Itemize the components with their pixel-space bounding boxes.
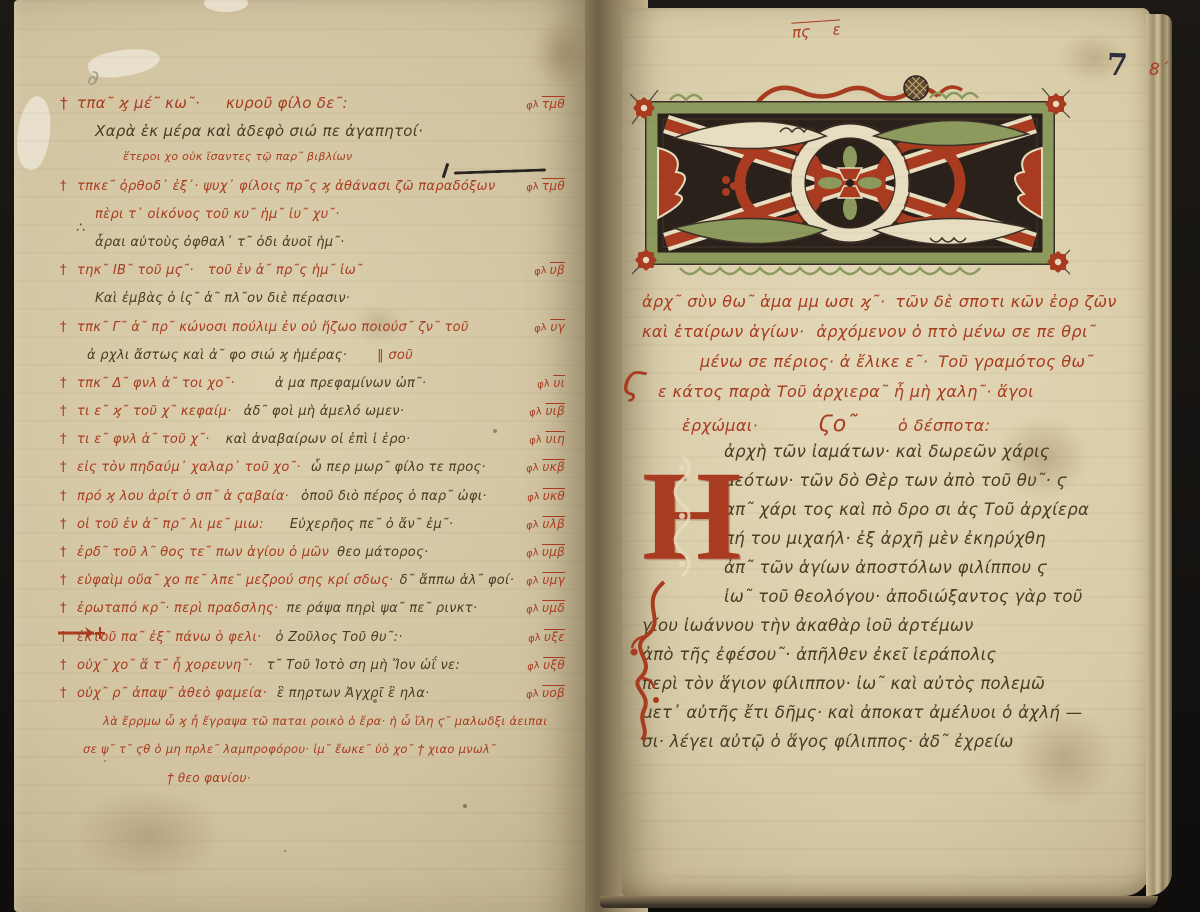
folio-numeral: υξθ: [543, 658, 565, 672]
text-segment: τπκ῀ Δ῀ φνλ ἁ῀ τοι χο῀·: [77, 376, 235, 391]
body-text-line: περὶ τὸν ἅγιον φίλιππον· ἰω῀ καὶ αὐτὸς π…: [642, 674, 1140, 703]
toc-entry: † τι ε῀ ϗ῀ τοῦ χ῀ κεφαίμ·ἀδ῀ φοὶ μὴ ἀμελ…: [60, 404, 565, 432]
toc-entry: λὰ ἔρρμω ὦ ϗ ἦ ἔγραψα τῶ παται ροικὸ ὁ ἔ…: [60, 714, 565, 742]
folio-prefix: φλ: [525, 575, 540, 588]
entry-text: τι ε῀ ϗ῀ τοῦ χ῀ κεφαίμ·ἀδ῀ φοὶ μὴ ἀμελό …: [77, 404, 404, 419]
folio-prefix: φλ: [525, 181, 540, 194]
folio-reference: φλυλβ: [518, 517, 565, 531]
cross-mark: †: [60, 601, 77, 616]
text-segment: ὁποῦ διὸ πέρος ὁ παρ῀ ὠφι·: [301, 489, 487, 504]
text-segment: ἓ πηρτων Ἀγχρῖ ἒ ηλα·: [277, 686, 430, 701]
folio-reference: φλυκθ: [519, 489, 565, 503]
text-segment: ἀδ῀ φοὶ μὴ ἀμελό ωμεν·: [244, 404, 405, 419]
cross-mark: †: [60, 263, 77, 278]
cross-mark: †: [60, 489, 77, 504]
cross-mark: †: [60, 517, 77, 532]
entry-text: Καὶ ἐμβὰς ὁ ἰς῀ ἁ῀ πλ῀ον διὲ πέρασιν·: [95, 291, 350, 306]
text-segment: οἱ τοῦ ἐν ἁ῀ πρ῀ λι με῀ μιω:: [77, 517, 264, 532]
folio-reference: φλυξε: [520, 630, 565, 644]
folio-prefix: φλ: [526, 491, 541, 504]
cross-mark: †: [60, 320, 77, 335]
toc-entry: † τπκ῀ Δ῀ φνλ ἁ῀ τοι χο῀·ἀ μα πρεφαμίνων…: [60, 376, 565, 404]
text-segment: σε ψ῀ τ῀ ϛθ ὁ μη πρλε῀ λαμπροφόρου· ἰμ῀ …: [83, 742, 496, 756]
entry-text: πρό ϗ λου ἀρίτ ὁ σπ῀ ἁ ϛαβαία·ὁποῦ διὸ π…: [77, 489, 487, 504]
text-segment: τι ε῀ ϗ῀ τοῦ χ῀ κεφαίμ·: [77, 404, 232, 419]
initial-letter: Η: [642, 442, 718, 590]
text-segment: ἐρωταπό κρ῀· περὶ πραδσλης·: [77, 601, 278, 616]
illuminated-initial: Η: [642, 442, 718, 592]
text-segment: εὐφαὶμ οὔα῀ χο πε῀ λπε῀ μεζρού σης κρί σ…: [77, 573, 394, 588]
text-segment: ‖ σοῦ: [377, 348, 413, 363]
entry-text: τπκ῀ Δ῀ φνλ ἁ῀ τοι χο῀·ἀ μα πρεφαμίνων ὠ…: [77, 376, 426, 391]
toc-entry: † τηκ῀ ΙΒ῀ τοῦ μϛ῀·τοῦ ἐν ἁ῀ πρ῀ς ἡμ῀ ἰω…: [60, 263, 565, 291]
cross-mark: †: [60, 460, 77, 475]
text-segment: τπα῀ ϗ μέ῀ κω῀·: [77, 94, 200, 112]
page-edge-stack: [1146, 14, 1172, 896]
text-segment: Χαρὰ ἑκ μέρα καὶ ἀδεφὸ σιώ πε ἀγαπητοί·: [95, 122, 423, 140]
text-segment: πὲρι τ᾿ οἰκόνος τοῦ κυ῀ ἡμ῀ ἰυ῀ χυ῀·: [95, 207, 340, 222]
toc-entry: † οὐχ῀ χο῀ ἅ τ῀ ἦ χορευνη῀·τ῀ Τοῦ Ἰοτὸ σ…: [60, 658, 565, 686]
toc-entry: † ἐκτοῦ πα῀ ἐξ῀ πάνω ὁ φελι·ὁ Ζοῦλος Τοῦ…: [60, 630, 565, 658]
text-segment: ἐρχώμαι·: [682, 416, 758, 435]
headpiece-ornament: [630, 72, 1070, 284]
text-segment: κυροῦ φίλο δε῀:: [226, 94, 348, 112]
folio-reference: φλυξθ: [519, 658, 565, 672]
entry-text: ἐρωταπό κρ῀· περὶ πραδσλης·πε ράψα πηρὶ …: [77, 601, 477, 616]
folio-numeral: υξε: [544, 630, 565, 644]
toc-entry: † πρό ϗ λου ἀρίτ ὁ σπ῀ ἁ ϛαβαία·ὁποῦ διὸ…: [60, 489, 565, 517]
text-segment: ἀ μα πρεφαμίνων ὠπ῀·: [275, 376, 426, 391]
folio-prefix: φλ: [533, 265, 548, 278]
repair-patch: [12, 94, 55, 172]
text-segment: τ῀ Τοῦ Ἰοτὸ ση μὴ Ἴον ὠΐ νε:: [267, 658, 460, 673]
folio-prefix: φλ: [525, 688, 540, 701]
folio-prefix: φλ: [525, 603, 540, 616]
folio-prefix: φλ: [536, 378, 551, 391]
toc-entry: † ἐρωταπό κρ῀· περὶ πραδσλης·πε ράψα πηρ…: [60, 601, 565, 629]
cross-mark: †: [60, 630, 77, 645]
folio-reference: φλυγ: [526, 320, 565, 334]
cross-mark: †: [60, 404, 77, 419]
entry-text: ἐρδ῀ τοῦ λ῀ θος τε῀ πων ἁγίου ὁ μῶνθεο μ…: [77, 545, 428, 560]
toc-entry: † τι ε῀ φνλ ἁ῀ τοῦ χ῀·καὶ ἀναβαίρων οἱ ἐ…: [60, 432, 565, 460]
text-segment: Ϛο῀: [818, 412, 858, 437]
text-segment: ε κάτος παρὰ Τοῦ ἀρχιερα῀ ἦ μὴ χαλη῀· ἅγ…: [658, 382, 1034, 401]
repair-patch: [204, 0, 248, 12]
text-segment: τι ε῀ φνλ ἁ῀ τοῦ χ῀·: [77, 432, 210, 447]
body-text-line: ἀπὸ τῆς ἐφέσου῀· ἀπῆλθεν ἐκεῖ ἱεράπολις: [642, 645, 1140, 674]
text-segment: λὰ ἔρρμω ὦ ϗ ἦ ἔγραψα τῶ παται ροικὸ ὁ ἔ…: [103, 714, 547, 728]
rubric-line: καὶ ἑταίρων ἁγίων·ἀρχόμενον ὁ πτὸ μένω σ…: [642, 322, 1138, 352]
entry-text: οἱ τοῦ ἐν ἁ῀ πρ῀ λι με῀ μιω:Εὐχερῆος πε῀…: [77, 517, 453, 532]
entry-text: οὐχ῀ χο῀ ἅ τ῀ ἦ χορευνη῀·τ῀ Τοῦ Ἰοτὸ ση …: [77, 658, 460, 673]
text-segment: ἐρδ῀ τοῦ λ῀ θος τε῀ πων ἁγίου ὁ μῶν: [77, 545, 329, 560]
cross-mark: †: [60, 94, 77, 112]
rubric-line: ἀρχ῀ σὺν θω῀ ἁμα μμ ωσι ϗ῀·τῶν δὲ σποτι …: [642, 292, 1138, 322]
entry-text: εὐφαὶμ οὔα῀ χο πε῀ λπε῀ μεζρού σης κρί σ…: [77, 573, 514, 588]
quire-mark: πϛ ε: [791, 20, 841, 41]
toc-entry: πὲρι τ᾿ οἰκόνος τοῦ κυ῀ ἡμ῀ ἰυ῀ χυ῀·: [60, 207, 565, 235]
folio-numeral: υμδ: [542, 601, 565, 615]
text-segment: ἀρχόμενον ὁ πτὸ μένω σε πε θρι῀: [816, 322, 1096, 341]
body-text-line: γίου ἰωάννου τὴν ἀκαθὰρ ἱοῦ ἀρτέμων: [642, 616, 1140, 645]
folio-prefix: φλ: [525, 519, 540, 532]
folio-reference: φλυμγ: [518, 573, 565, 587]
text-segment: καὶ ἑταίρων ἁγίων·: [642, 322, 804, 341]
text-segment: τπκε῀ ὀρθοδ᾿ ἐξ᾿· ψυχ᾿ φίλοις πρ῀ς ϗ ἀθά…: [77, 179, 495, 194]
entry-text: τπκε῀ ὀρθοδ᾿ ἐξ᾿· ψυχ᾿ φίλοις πρ῀ς ϗ ἀθά…: [77, 179, 495, 194]
folio-numeral: υκβ: [542, 460, 565, 474]
entry-text: ἐκτοῦ πα῀ ἐξ῀ πάνω ὁ φελι·ὁ Ζοῦλος Τοῦ θ…: [77, 630, 403, 645]
text-segment: τῶν δὲ σποτι κῶν ἑορ ζῶν: [895, 292, 1116, 311]
entry-text: τπκ῀ Γ῀ ἁ῀ πρ῀ κώνοσι πούλιμ ἐν οὐ ἤζωο …: [77, 320, 469, 335]
cross-mark: †: [60, 432, 77, 447]
entry-text: ἀ ρχλι ἄστως καὶ ἀ῀ φο σιώ ϗ ἡμέρας·‖ σο…: [87, 348, 413, 363]
initial-tail-flourish: [628, 582, 674, 742]
book-bottom-edge: [600, 896, 1158, 908]
folio-numeral: υοβ: [542, 686, 565, 700]
entry-text: Χαρὰ ἑκ μέρα καὶ ἀδεφὸ σιώ πε ἀγαπητοί·: [95, 122, 423, 140]
text-segment: εἰς τὸν πηδαύμ᾿ χαλαρ᾿ τοῦ χο῀·: [77, 460, 301, 475]
entry-text: οὐχ῀ ρ῀ ἀπαψ῀ ἀθεὸ φαμεία·ἓ πηρτων Ἀγχρῖ…: [77, 686, 430, 701]
bottom-scallops: [680, 268, 980, 274]
toc-entry: σε ψ῀ τ῀ ϛθ ὁ μη πρλε῀ λαμπροφόρου· ἰμ῀ …: [60, 742, 565, 770]
body-text-block: Η ἀρχὴ τῶν ἰαμάτων· καὶ δωρεῶν χάριςμεότ…: [642, 442, 1140, 761]
toc-entry: † εὐφαὶμ οὔα῀ χο πε῀ λπε῀ μεζρού σης κρί…: [60, 573, 565, 601]
folio-numeral: υκθ: [543, 489, 565, 503]
toc-entry: † οἱ τοῦ ἐν ἁ῀ πρ῀ λι με῀ μιω:Εὐχερῆος π…: [60, 517, 565, 545]
toc-entry: † εἰς τὸν πηδαύμ᾿ χαλαρ᾿ τοῦ χο῀·ὦ περ μ…: [60, 460, 565, 488]
text-segment: οὐχ῀ ρ῀ ἀπαψ῀ ἀθεὸ φαμεία·: [77, 686, 267, 701]
cross-mark: †: [60, 686, 77, 701]
toc-rows: † τπα῀ ϗ μέ῀ κω῀·κυροῦ φίλο δε῀: φλτμθ Χ…: [60, 94, 565, 799]
text-segment: ἕτεροι χο οὐκ ἴσαντες τῷ παρ῀ βιβλίων: [123, 150, 353, 163]
folio-reference: φλυμδ: [518, 601, 565, 615]
entry-text: πὲρι τ᾿ οἰκόνος τοῦ κυ῀ ἡμ῀ ἰυ῀ χυ῀·: [95, 207, 340, 222]
toc-entry: † τπα῀ ϗ μέ῀ κω῀·κυροῦ φίλο δε῀: φλτμθ: [60, 94, 565, 122]
text-segment: τηκ῀ ΙΒ῀ τοῦ μϛ῀·: [77, 263, 194, 278]
toc-entry: † οὐχ῀ ρ῀ ἀπαψ῀ ἀθεὸ φαμεία·ἓ πηρτων Ἀγχ…: [60, 686, 565, 714]
text-segment: καὶ ἀναβαίρων οἱ ἐπὶ ἱ ἑρο·: [226, 432, 411, 447]
folio-prefix: φλ: [529, 434, 544, 447]
cross-mark: †: [60, 658, 77, 673]
folio-prefix: φλ: [528, 406, 543, 419]
folio-prefix: φλ: [533, 321, 548, 334]
text-segment: θεο μάτορος·: [337, 545, 428, 560]
text-segment: ὁ δέσποτα:: [898, 416, 990, 435]
folio-prefix: φλ: [525, 547, 540, 560]
folio-reference: φλυιβ: [521, 404, 565, 418]
rubric-line: μένω σε πέριος· ἀ ἔλικε ε῀·Τοῦ γραμότος …: [642, 352, 1138, 382]
folio-numeral: υγ: [550, 320, 565, 334]
text-segment: οὐχ῀ χο῀ ἅ τ῀ ἦ χορευνη῀·: [77, 658, 253, 673]
folio-reference: φλυιη: [521, 432, 565, 446]
entry-text: ἕτεροι χο οὐκ ἴσαντες τῷ παρ῀ βιβλίων: [123, 150, 353, 163]
folio-reference: φλτμθ: [518, 97, 565, 111]
text-segment: ἀρχ῀ σὺν θω῀ ἁμα μμ ωσι ϗ῀·: [642, 292, 885, 311]
text-segment: τπκ῀ Γ῀ ἁ῀ πρ῀ κώνοσι πούλιμ ἐν οὐ ἤζωο …: [77, 320, 469, 335]
entry-text: ϯ θεο φανίου·: [167, 771, 251, 785]
folio-number: 7: [1107, 48, 1129, 84]
folio-reference: φλυμβ: [518, 545, 565, 559]
text-segment: ἆραι αὐτοὺς ὀφθαλ᾿ τ῀ ὁδι ἀυοῖ ἡμ῀·: [95, 235, 345, 250]
text-segment: ὦ περ μωρ῀ φίλο τε προς·: [311, 460, 486, 475]
text-segment: Εὐχερῆος πε῀ ὁ ἄν῀ ἐμ῀·: [290, 517, 454, 532]
folio-reference: φλτμθ: [518, 179, 565, 193]
toc-entry: † τπκ῀ Γ῀ ἁ῀ πρ῀ κώνοσι πούλιμ ἐν οὐ ἤζω…: [60, 320, 565, 348]
text-segment: πρό ϗ λου ἀρίτ ὁ σπ῀ ἁ ϛαβαία·: [77, 489, 289, 504]
rubric-block: ἀρχ῀ σὺν θω῀ ἁμα μμ ωσι ϗ῀·τῶν δὲ σποτι …: [642, 292, 1138, 442]
text-segment: πε ράψα πηρὶ ψα῀ πε῀ ρινκτ·: [286, 601, 477, 616]
text-segment: ἀ ρχλι ἄστως καὶ ἀ῀ φο σιώ ϗ ἡμέρας·: [87, 348, 347, 363]
folio-numeral: υιβ: [545, 404, 565, 418]
folio-prefix: φλ: [525, 99, 540, 112]
toc-entry: Χαρὰ ἑκ μέρα καὶ ἀδεφὸ σιώ πε ἀγαπητοί·: [60, 122, 565, 150]
entry-text: σε ψ῀ τ῀ ϛθ ὁ μη πρλε῀ λαμπροφόρου· ἰμ῀ …: [83, 742, 496, 756]
entry-text: τπα῀ ϗ μέ῀ κω῀·κυροῦ φίλο δε῀:: [77, 94, 348, 112]
entry-text: τηκ῀ ΙΒ῀ τοῦ μϛ῀·τοῦ ἐν ἁ῀ πρ῀ς ἡμ῀ ἰω῀: [77, 263, 363, 278]
toc-entry: ἆραι αὐτοὺς ὀφθαλ᾿ τ῀ ὁδι ἀυοῖ ἡμ῀·: [60, 235, 565, 263]
folio-reference: φλυβ: [526, 263, 565, 277]
text-segment: τοῦ ἐν ἁ῀ πρ῀ς ἡμ῀ ἰω῀: [208, 263, 363, 278]
folio-prefix: φλ: [525, 462, 540, 475]
folio-numeral: υβ: [550, 263, 565, 277]
rubric-line: ἐρχώμαι·Ϛο῀ὁ δέσποτα:: [642, 412, 1138, 442]
toc-entry: † ἐρδ῀ τοῦ λ῀ θος τε῀ πων ἁγίου ὁ μῶνθεο…: [60, 545, 565, 573]
folio-numeral: υμβ: [542, 545, 565, 559]
body-text-line: σι· λέγει αὐτῷ ὁ ἅγος φίλιππος· ἀδ῀ ἐχρε…: [642, 732, 1140, 761]
cross-mark: †: [60, 376, 77, 391]
text-segment: Καὶ ἐμβὰς ὁ ἰς῀ ἁ῀ πλ῀ον διὲ πέρασιν·: [95, 291, 350, 306]
text-segment: ϯ θεο φανίου·: [167, 771, 251, 785]
entry-text: τι ε῀ φνλ ἁ῀ τοῦ χ῀·καὶ ἀναβαίρων οἱ ἐπὶ…: [77, 432, 410, 447]
cross-mark: †: [60, 545, 77, 560]
toc-entry: ἕτεροι χο οὐκ ἴσαντες τῷ παρ῀ βιβλίων: [60, 150, 565, 178]
right-page: πϛ ε 7: [622, 8, 1150, 896]
text-segment: δ῀ ἄππω ἀλ῀ φοί·: [400, 573, 515, 588]
text-segment: ἐκτοῦ πα῀ ἐξ῀ πάνω ὁ φελι·: [77, 630, 261, 645]
folio-numeral: υμγ: [542, 573, 565, 587]
text-segment: Τοῦ γραμότος θω῀: [938, 352, 1094, 371]
entry-text: ἆραι αὐτοὺς ὀφθαλ᾿ τ῀ ὁδι ἀυοῖ ἡμ῀·: [95, 235, 345, 250]
folio-numeral: τμθ: [542, 97, 565, 111]
toc-entry: ϯ θεο φανίου·: [60, 771, 565, 799]
manuscript-spread: ∂ ∴ † τπα῀ ϗ μέ῀ κω῀·κυροῦ φίλο δε῀: φλτ…: [0, 0, 1200, 912]
folio-reference: φλυι: [529, 376, 565, 390]
cross-mark: †: [60, 179, 77, 194]
folio-reference: φλυοβ: [518, 686, 565, 700]
folio-numeral: υι: [553, 376, 565, 390]
folio-reference: φλυκβ: [518, 460, 565, 474]
entry-text: λὰ ἔρρμω ὦ ϗ ἦ ἔγραψα τῶ παται ροικὸ ὁ ἔ…: [103, 714, 547, 728]
folio-prefix: φλ: [526, 660, 541, 673]
entry-text: εἰς τὸν πηδαύμ᾿ χαλαρ᾿ τοῦ χο῀·ὦ περ μωρ…: [77, 460, 486, 475]
toc-entry: † τπκε῀ ὀρθοδ᾿ ἐξ᾿· ψυχ᾿ φίλοις πρ῀ς ϗ ἀ…: [60, 179, 565, 207]
folio-numeral: τμθ: [542, 179, 565, 193]
toc-entry: Καὶ ἐμβὰς ὁ ἰς῀ ἁ῀ πλ῀ον διὲ πέρασιν·: [60, 291, 565, 319]
text-segment: ὁ Ζοῦλος Τοῦ θυ῀:·: [275, 630, 402, 645]
folio-prefix: φλ: [527, 632, 542, 645]
folio-numeral: υλβ: [542, 517, 565, 531]
left-page: ∂ ∴ † τπα῀ ϗ μέ῀ κω῀·κυροῦ φίλο δε῀: φλτ…: [14, 0, 585, 912]
text-segment: μένω σε πέριος· ἀ ἔλικε ε῀·: [700, 352, 928, 371]
rubric-line: ε κάτος παρὰ Τοῦ ἀρχιερα῀ ἦ μὴ χαλη῀· ἅγ…: [642, 382, 1138, 412]
body-text-line: μετ᾿ αὐτῆς ἔτι δῆμς· καὶ ἀποκατ ἀμέλυοι …: [642, 703, 1140, 732]
cross-mark: †: [60, 573, 77, 588]
folio-number-red: 8´: [1149, 60, 1168, 80]
folio-numeral: υιη: [545, 432, 565, 446]
toc-entry: ἀ ρχλι ἄστως καὶ ἀ῀ φο σιώ ϗ ἡμέρας·‖ σο…: [60, 348, 565, 376]
